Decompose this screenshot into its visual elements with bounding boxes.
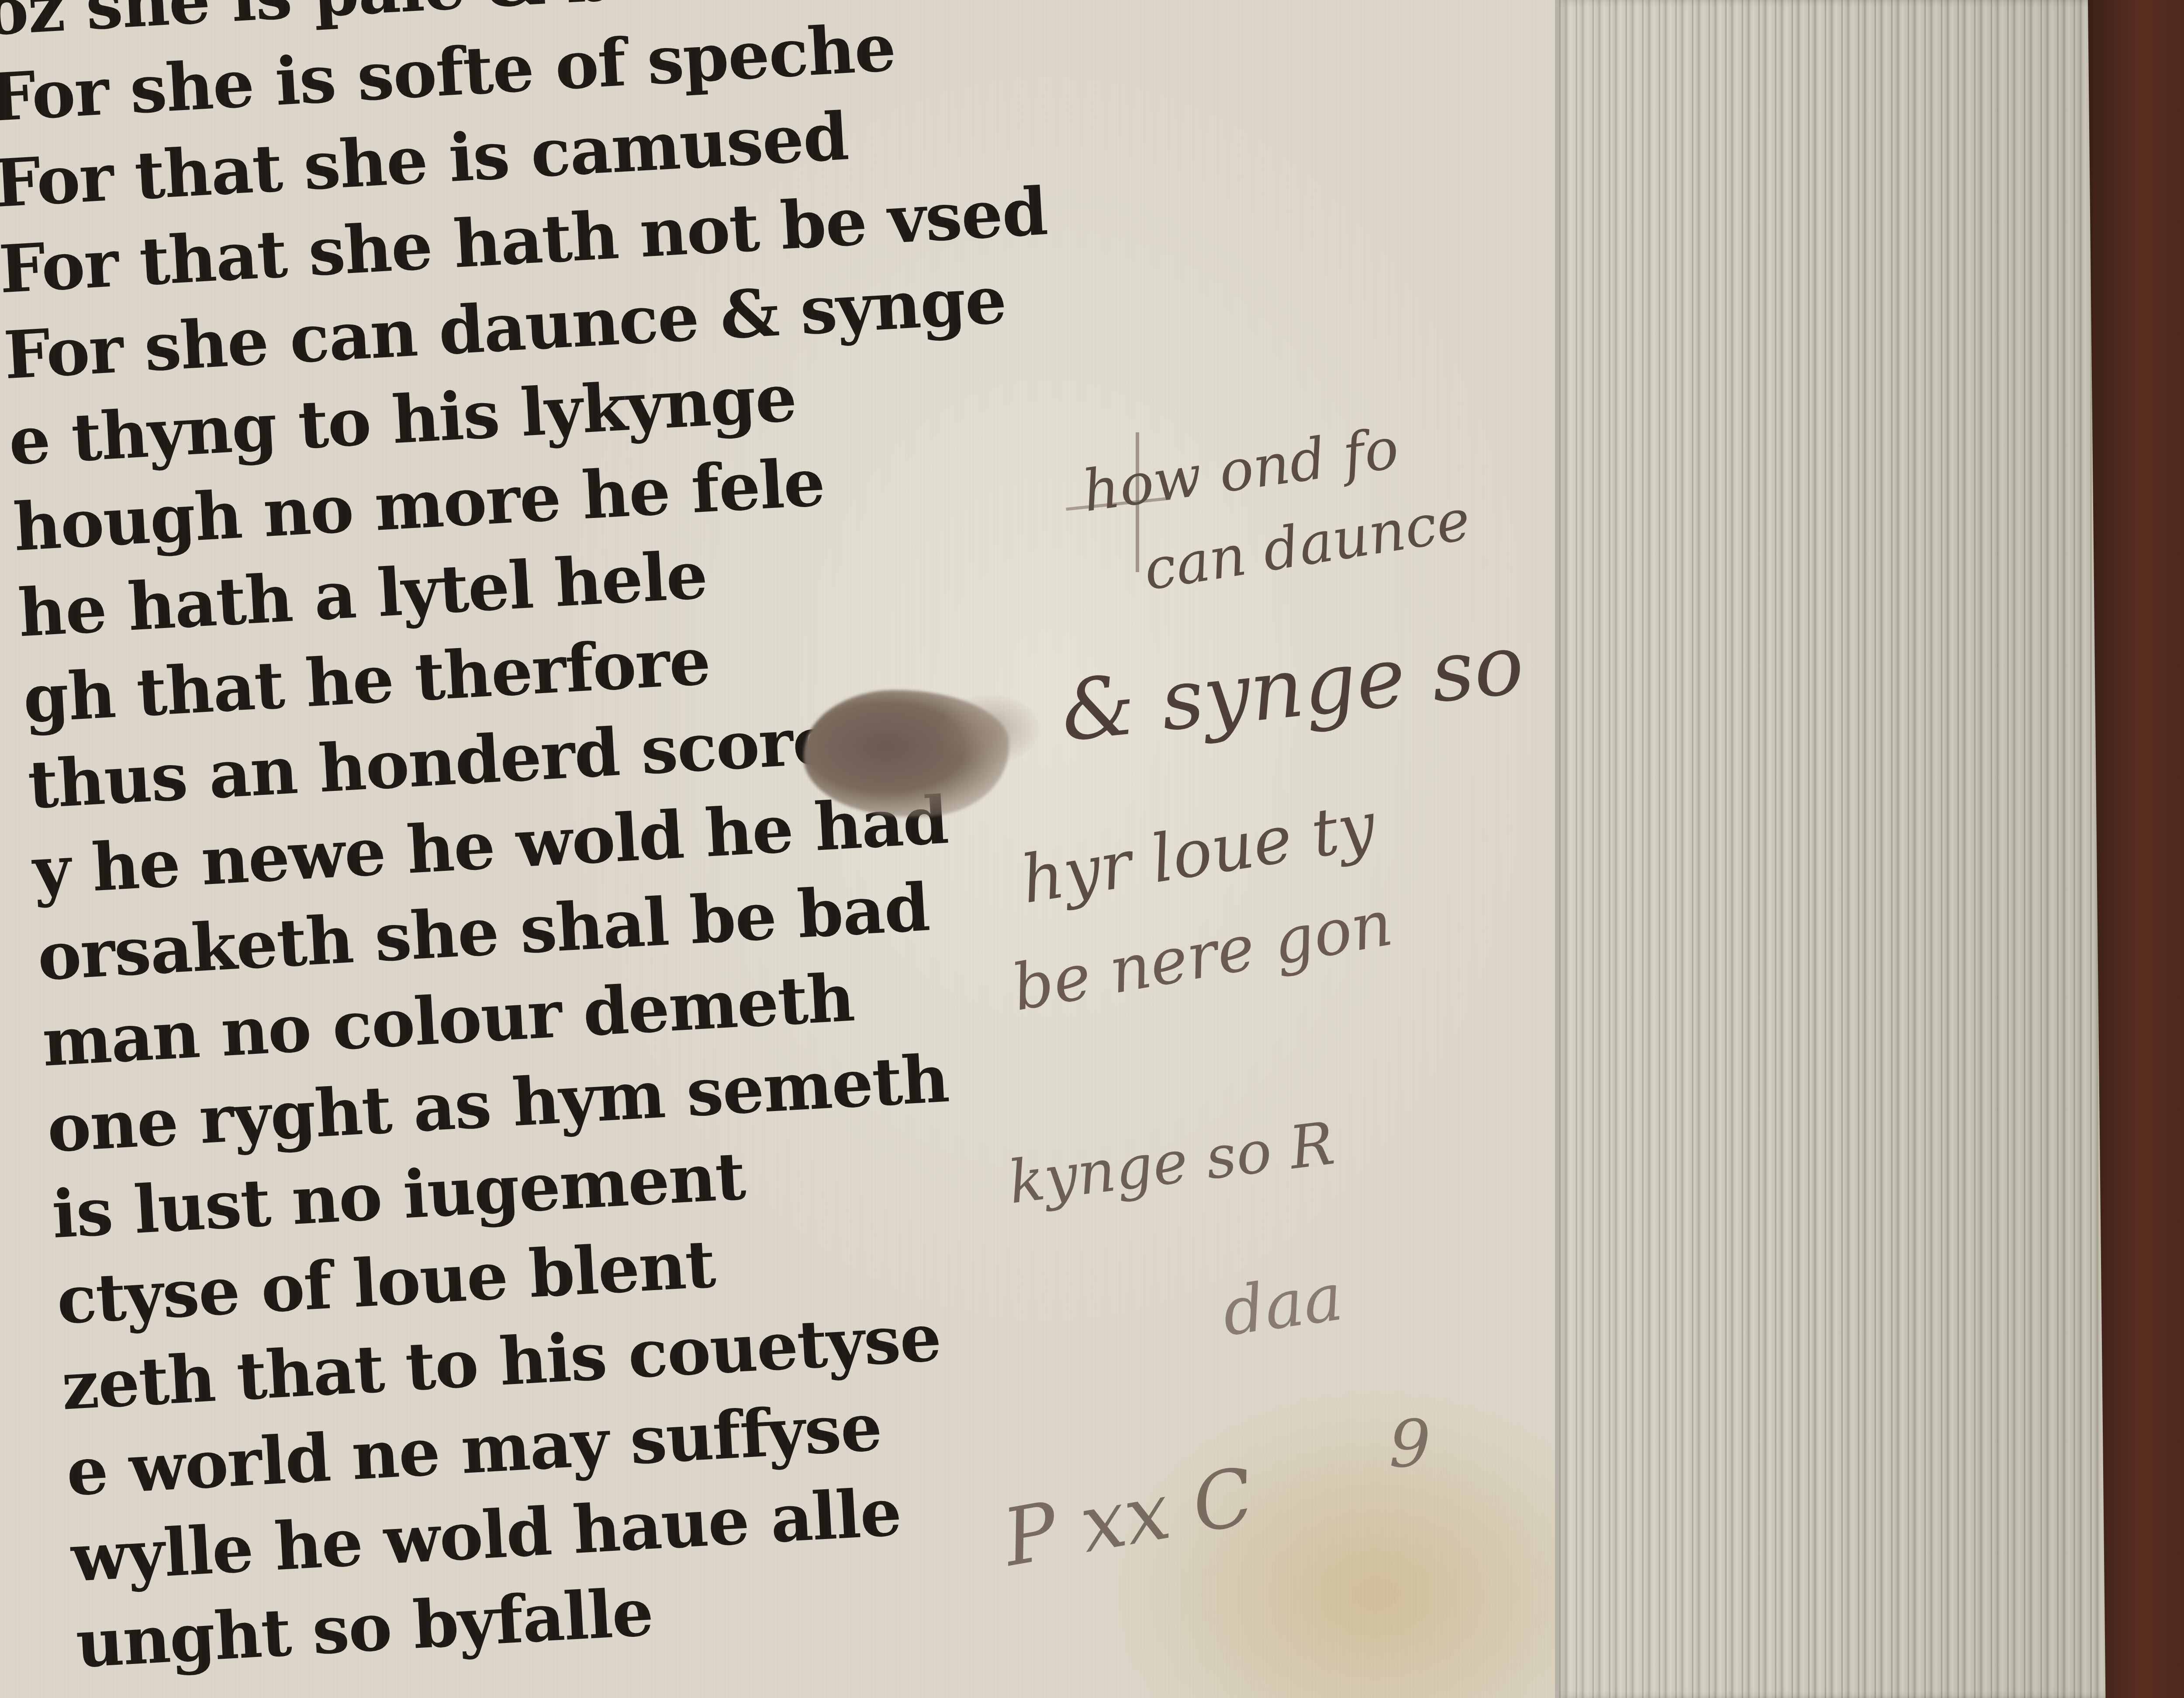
- marginal-line: & synge so: [1056, 615, 1528, 760]
- marginal-line: 9: [1389, 1406, 1431, 1482]
- book-photograph: oz she is pale & blech For she is softe …: [0, 0, 2184, 1698]
- printed-text-block: oz she is pale & blech For she is softe …: [0, 0, 1038, 1688]
- page-fore-edge-highlight: [1555, 0, 2184, 1698]
- marginal-line: P xx C: [997, 1451, 1261, 1584]
- marginal-line: daa: [1218, 1259, 1347, 1351]
- marginal-annotations: how ond fo can daunce & synge so hyr lou…: [996, 437, 1564, 1660]
- marginal-line: kynge so R: [1005, 1109, 1338, 1217]
